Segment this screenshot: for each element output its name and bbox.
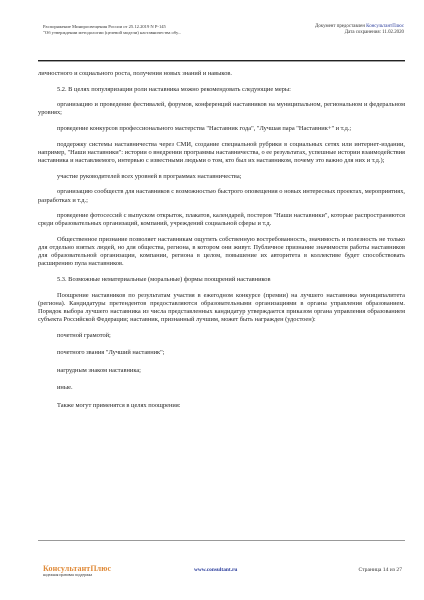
- logo-tagline: надежная правовая поддержка: [43, 573, 111, 578]
- paragraph: личностного и социального роста, получен…: [38, 70, 405, 78]
- paragraph: Также могут применятся в целях поощрения…: [38, 402, 405, 410]
- saved-date: Дата сохранения: 11.02.2020: [244, 30, 404, 36]
- paragraph: Общественное признание позволяет наставн…: [38, 236, 405, 268]
- list-item: почетной грамотой;: [38, 332, 405, 340]
- paragraph: 5.2. В целях популяризации роли наставни…: [38, 86, 405, 94]
- page-number: Страница 14 из 27: [359, 567, 403, 573]
- list-item: проведение фотосессий с выпуском открыто…: [38, 212, 405, 228]
- list-item: иные.: [38, 384, 405, 392]
- provider-brand-link[interactable]: КонсультантПлюс: [366, 24, 404, 29]
- list-item: поддержку системы наставничества через С…: [38, 141, 405, 165]
- section-heading: 5.3. Возможные нематериальные (моральные…: [38, 276, 405, 284]
- consultant-logo: КонсультантПлюс надежная правовая поддер…: [43, 564, 111, 578]
- document-header-title: Распоряжение Минпросвещения России от 25…: [43, 24, 243, 36]
- header-divider: [38, 60, 405, 61]
- document-header-provider: Документ предоставлен КонсультантПлюс Да…: [244, 24, 404, 36]
- list-item: проведение конкурсов профессионального м…: [38, 125, 405, 133]
- logo-title: КонсультантПлюс: [43, 564, 111, 573]
- footer-divider: [38, 540, 405, 541]
- document-body: личностного и социального роста, получен…: [38, 70, 405, 419]
- list-item: организацию и проведение фестивалей, фор…: [38, 101, 405, 117]
- paragraph: Поощрение наставников по результатам уча…: [38, 292, 405, 324]
- website-link[interactable]: www.consultant.ru: [194, 567, 237, 573]
- list-item: участие руководителей всех уровней в про…: [38, 173, 405, 181]
- document-title-line2: "Об утверждении методологии (целевой мод…: [43, 30, 243, 36]
- list-item: нагрудным знаком наставника;: [38, 367, 405, 375]
- list-item: организацию сообществ для наставников с …: [38, 188, 405, 204]
- provided-by-label: Документ предоставлен: [315, 24, 366, 29]
- list-item: почетного звания "Лучший наставник";: [38, 349, 405, 357]
